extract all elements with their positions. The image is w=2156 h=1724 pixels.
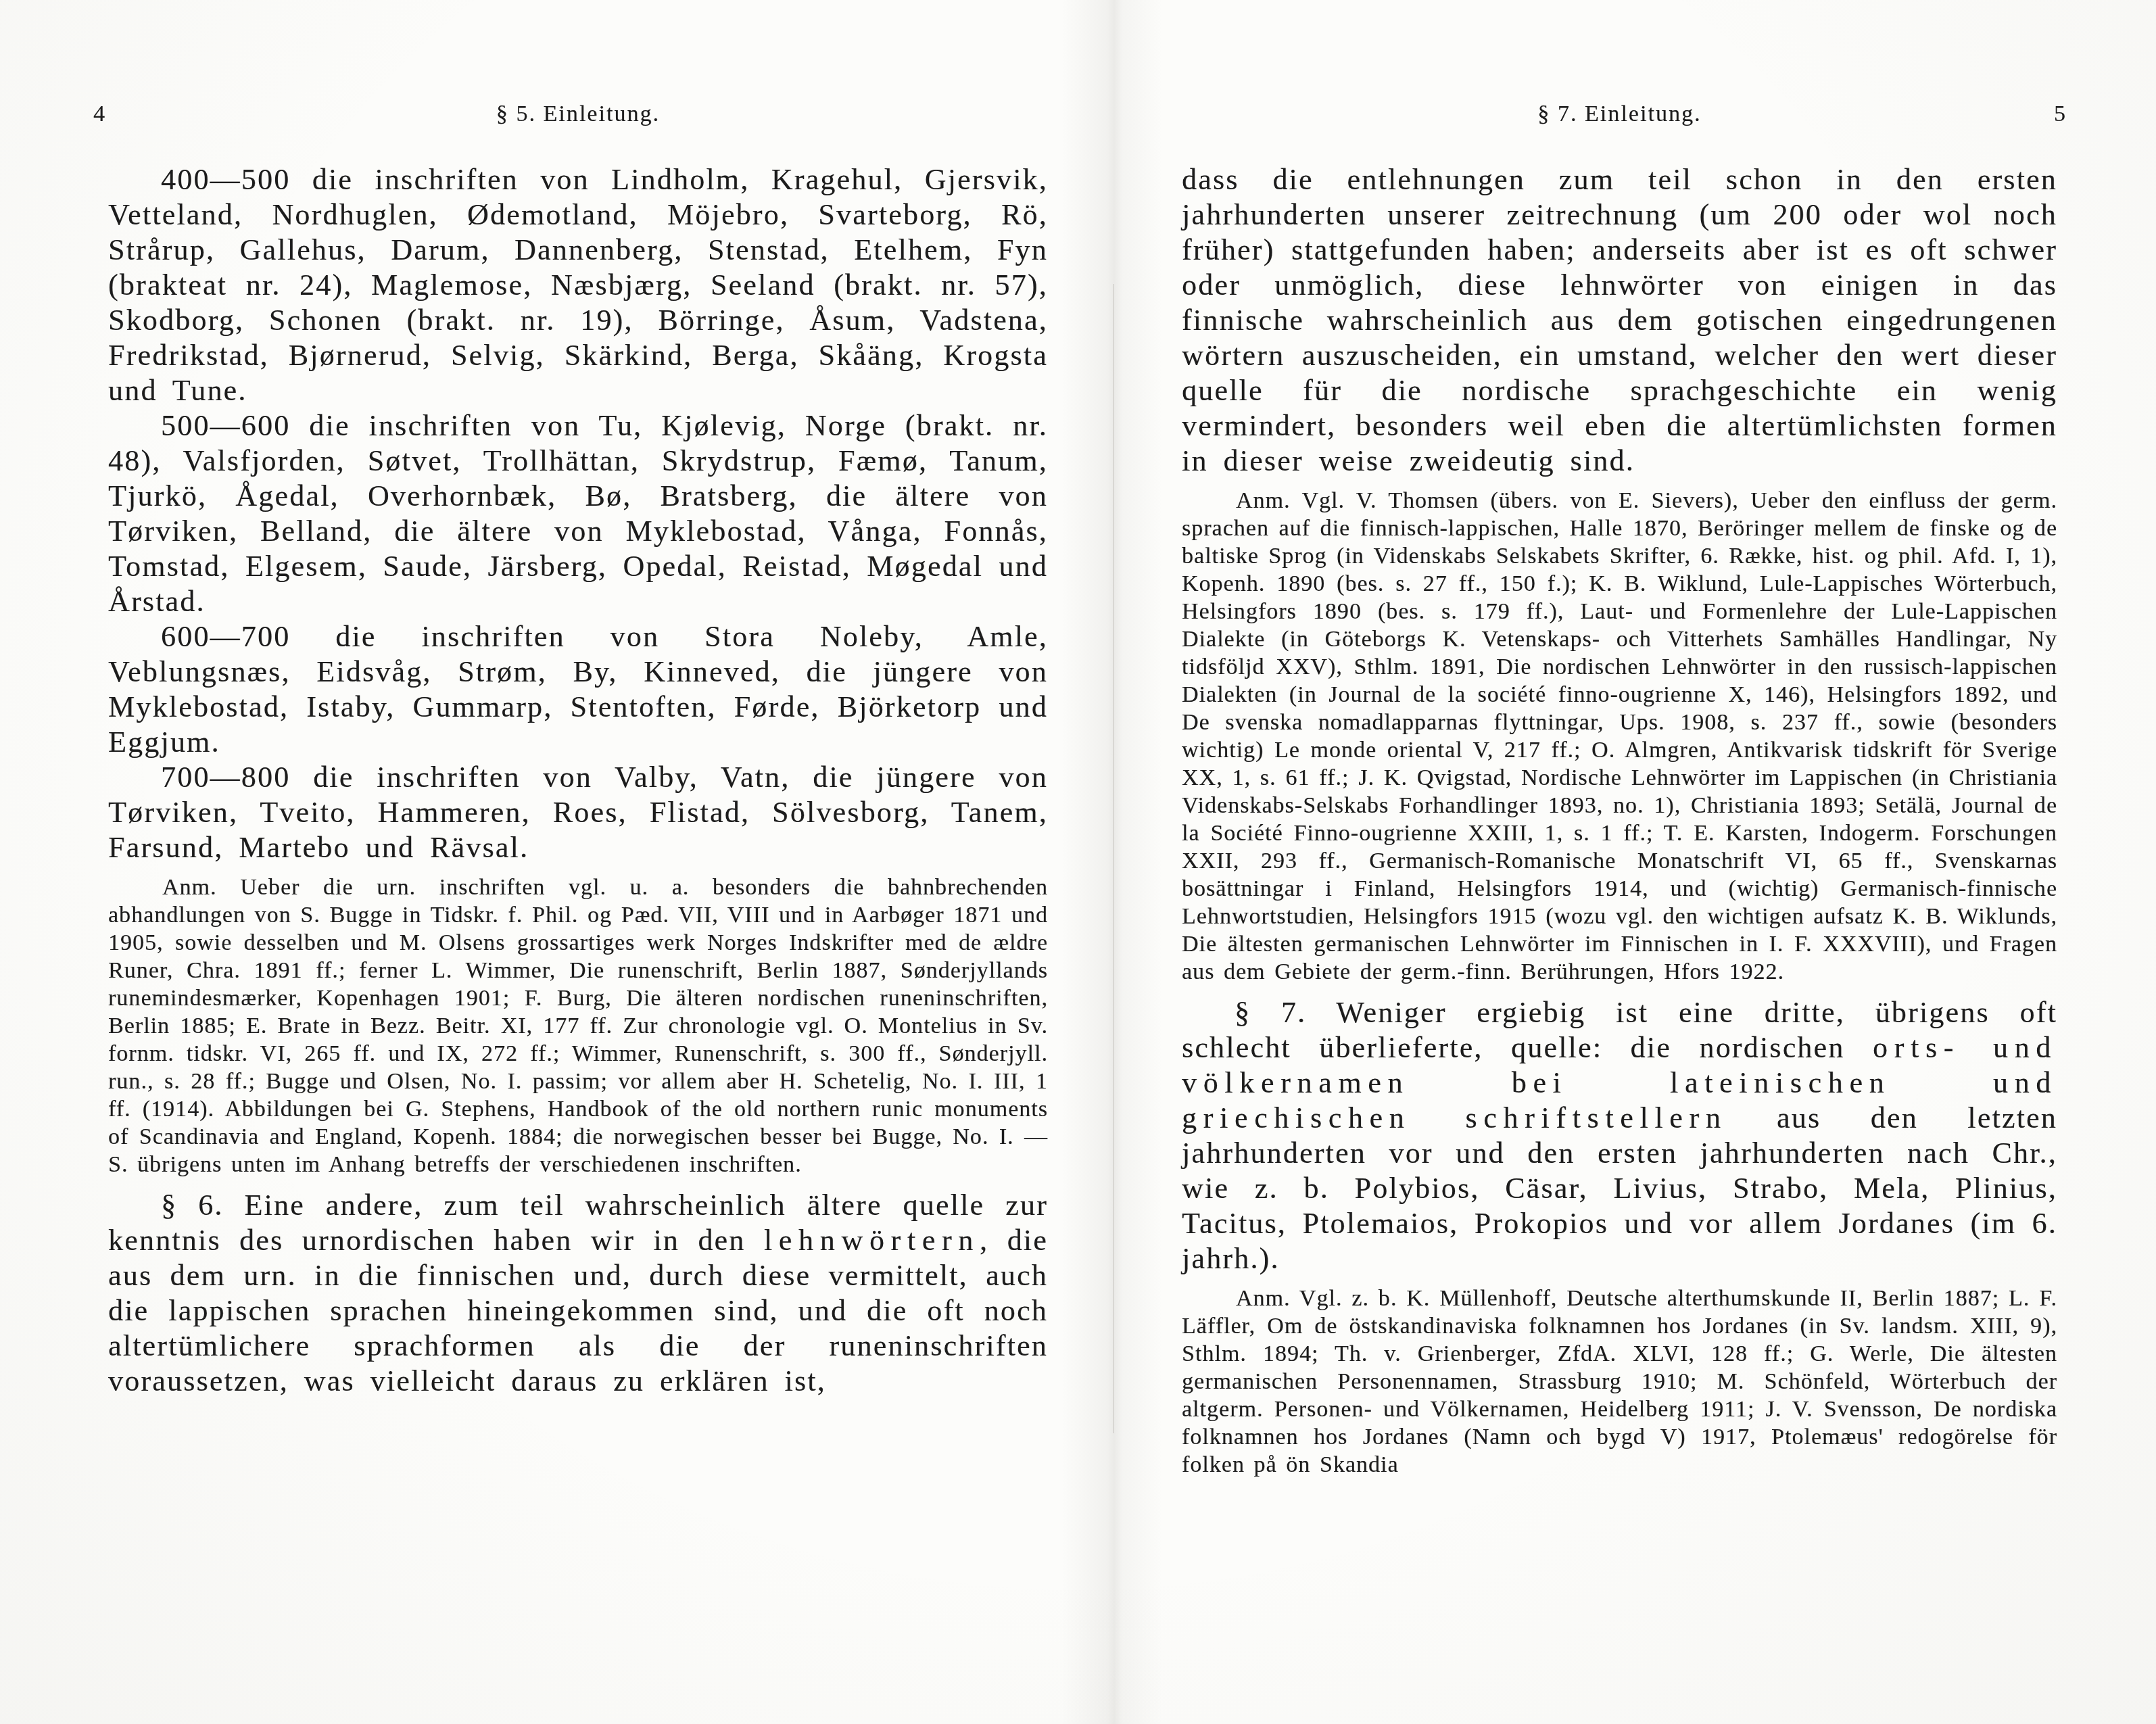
page-right: § 7. Einleitung. 5 dass die entlehnungen… [1182,101,2057,1485]
paragraph-section-6: § 6. Eine andere, zum teil wahrscheinlic… [108,1188,1048,1399]
page-number-right: 5 [2054,101,2067,127]
page-fold-line [1113,284,1114,1433]
footnote-anm-quellen: Anm. Vgl. z. b. K. Müllenhoff, Deutsche … [1182,1285,2057,1479]
page-left: 4 § 5. Einleitung. 400—500 die inschrift… [108,101,1048,1399]
paragraph-inscriptions-500-600: 500—600 die inschriften von Tu, Kjølevig… [108,408,1048,619]
page-gutter-shadow [1061,0,1163,1724]
footnote-anm-lehnwoerter: Anm. Vgl. V. Thomsen (übers. von E. Siev… [1182,487,2057,986]
page-left-header: 4 § 5. Einleitung. [108,101,1048,138]
running-header-right: § 7. Einleitung. [1537,101,1701,126]
page-right-header: § 7. Einleitung. 5 [1182,101,2057,138]
paragraph-inscriptions-400-500: 400—500 die inschriften von Lindholm, Kr… [108,162,1048,408]
paragraph-inscriptions-700-800: 700—800 die inschriften von Valby, Vatn,… [108,760,1048,865]
paragraph-inscriptions-600-700: 600—700 die inschriften von Stora Noleby… [108,619,1048,760]
page-number-left: 4 [93,101,106,127]
section-6-emphasis-lehnwoertern: lehnwörtern [764,1224,980,1257]
paragraph-section-7: § 7. Weniger ergiebig ist eine dritte, ü… [1182,995,2057,1276]
book-scan-spread: 4 § 5. Einleitung. 400—500 die inschrift… [0,0,2156,1724]
paragraph-continuation-entlehnungen: dass die entlehnungen zum teil schon in … [1182,162,2057,479]
footnote-anm-inschriften: Anm. Ueber die urn. inschriften vgl. u. … [108,873,1048,1178]
running-header-left: § 5. Einleitung. [496,101,660,126]
